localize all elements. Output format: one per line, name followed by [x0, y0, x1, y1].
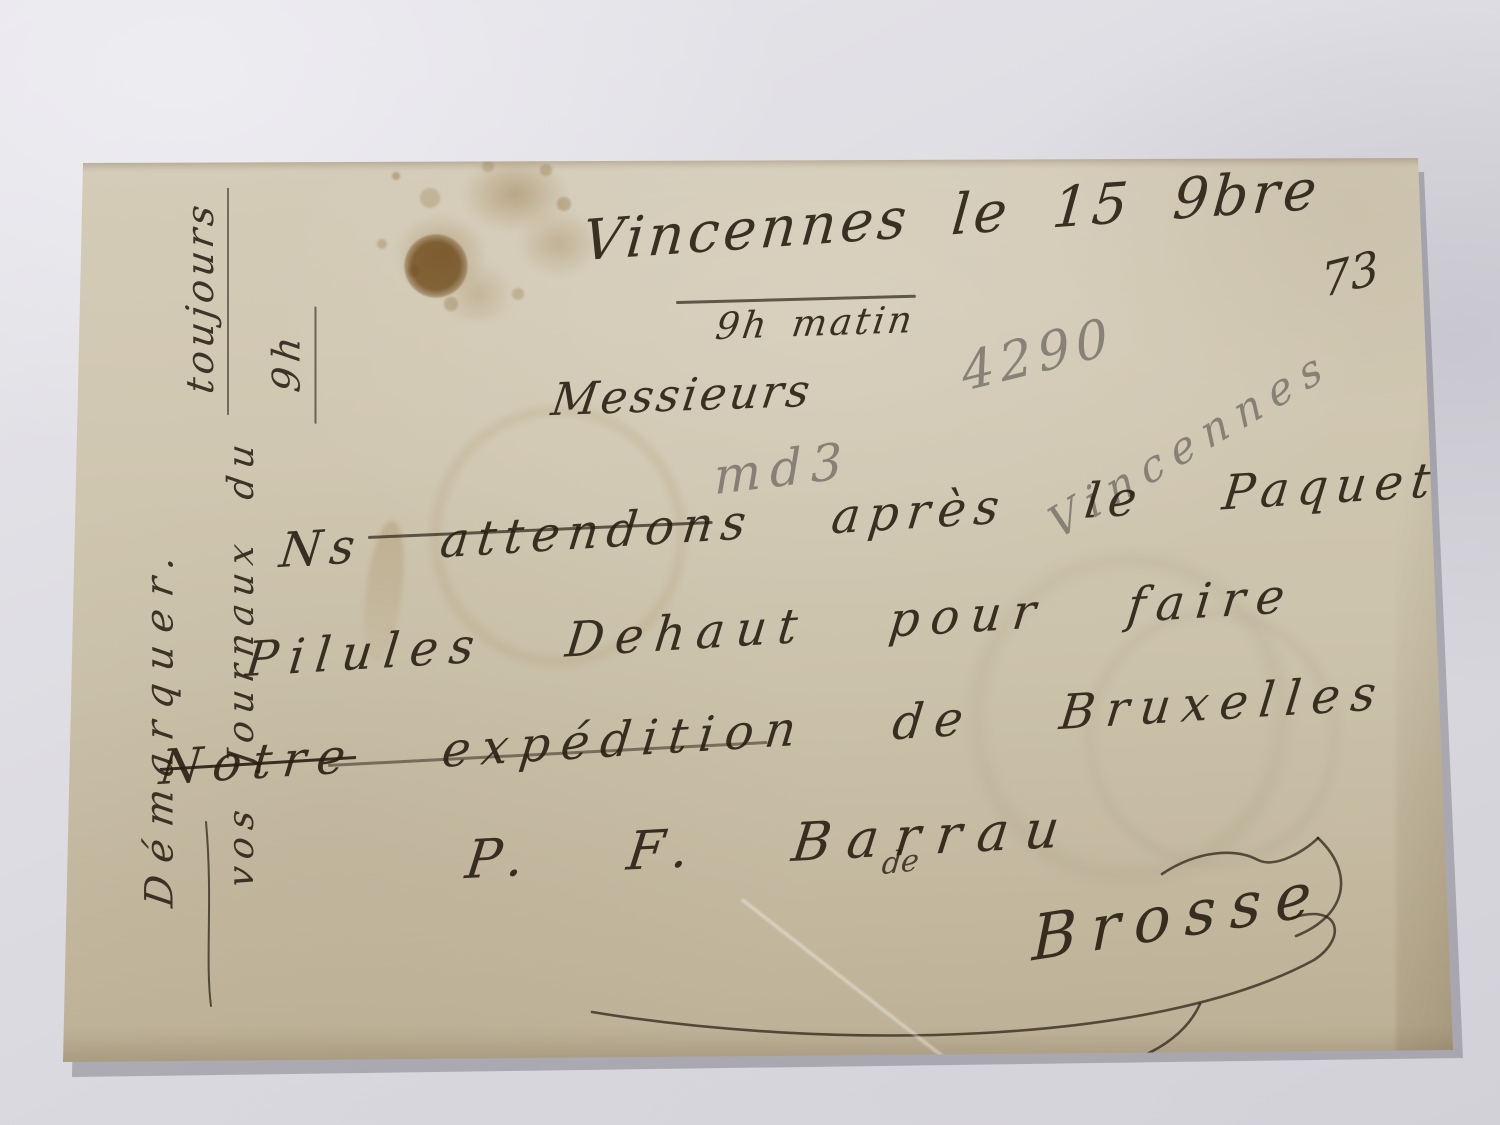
photograph-of-postcard: 4290 Vincennes md3 Vincennes le 15 9bre … — [0, 0, 1500, 1125]
postcard: 4290 Vincennes md3 Vincennes le 15 9bre … — [0, 0, 1500, 1125]
signature-flourish-strokes — [0, 0, 1500, 1125]
